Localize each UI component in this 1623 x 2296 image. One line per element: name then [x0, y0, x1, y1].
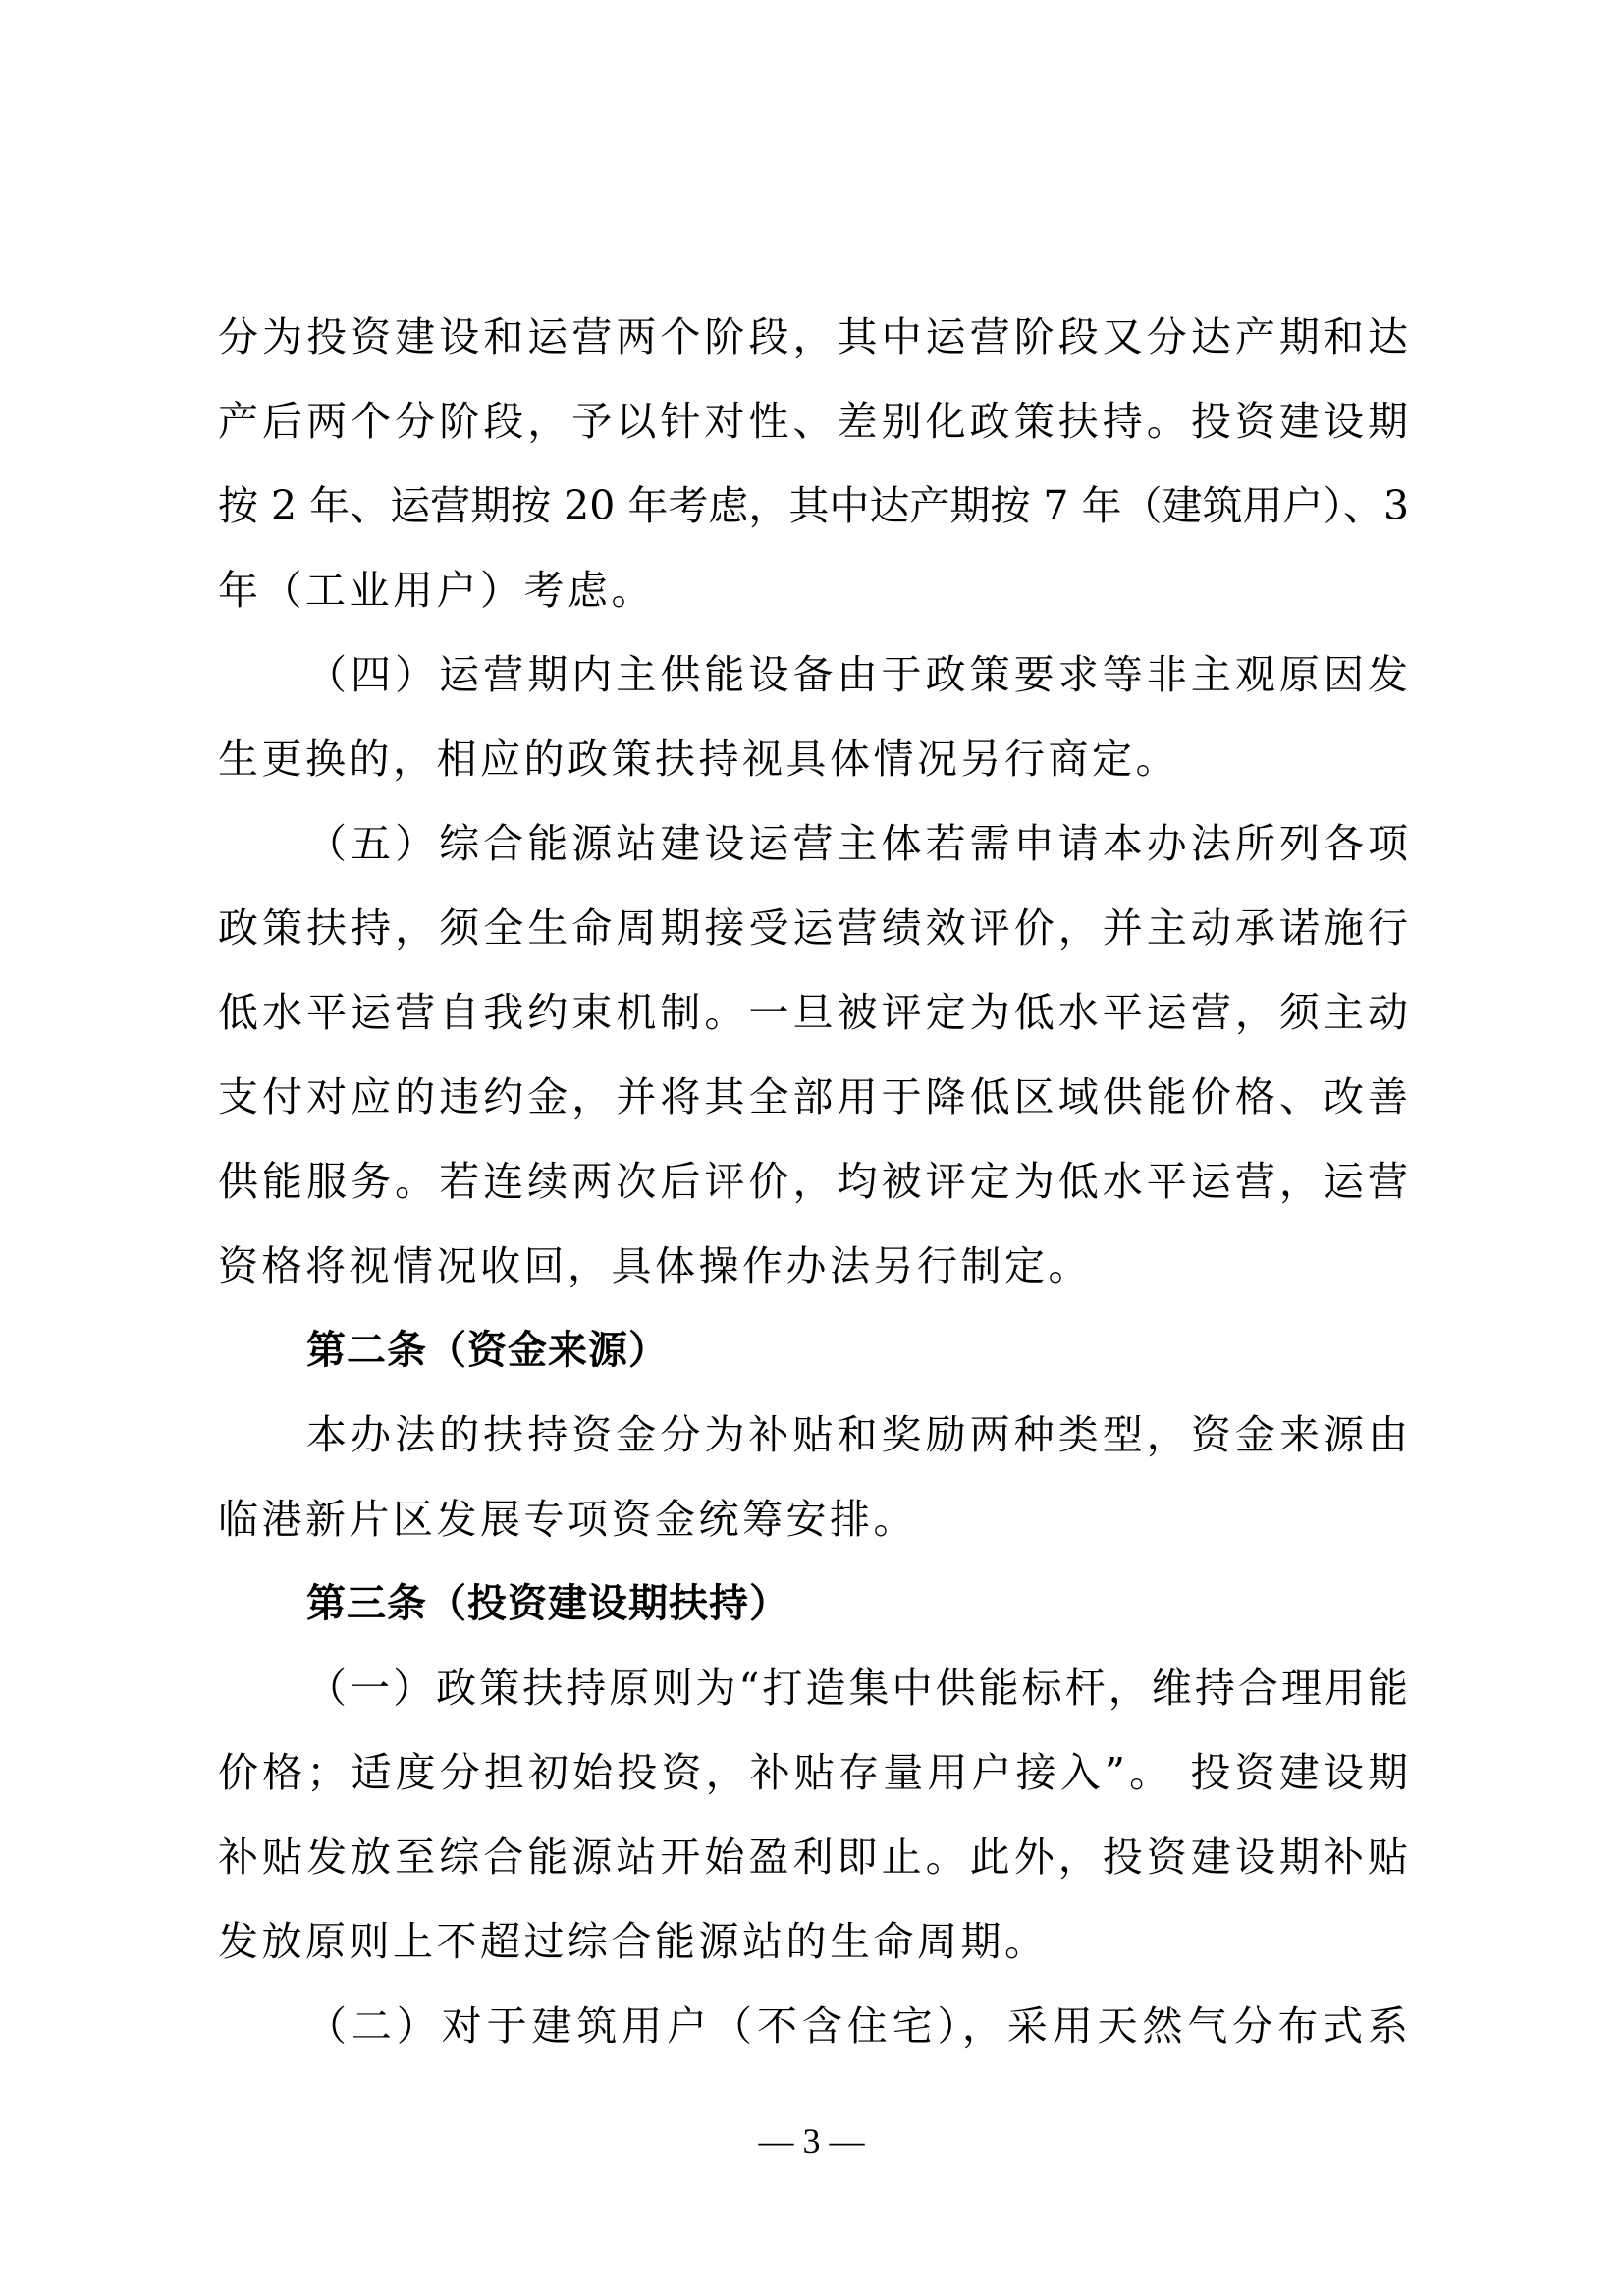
article-heading-3: 第三条（投资建设期扶持） — [218, 1561, 1408, 1646]
text-line: （一）政策扶持原则为“打造集中供能标杆，维持合理用能 — [218, 1646, 1408, 1730]
document-body: 分为投资建设和运营两个阶段，其中运营阶段又分达产期和达 产后两个分阶段，予以针对… — [218, 295, 1408, 2068]
paragraph-clause-1: （一）政策扶持原则为“打造集中供能标杆，维持合理用能 价格；适度分担初始投资，补… — [218, 1646, 1408, 1984]
text-line: 本办法的扶持资金分为补贴和奖励两种类型，资金来源由 — [218, 1393, 1408, 1477]
text-line: 产后两个分阶段，予以针对性、差别化政策扶持。投资建设期 — [218, 379, 1408, 464]
text-line: 供能服务。若连续两次后评价，均被评定为低水平运营，运营 — [218, 1139, 1408, 1224]
text-line: 分为投资建设和运营两个阶段，其中运营阶段又分达产期和达 — [218, 295, 1408, 379]
text-line: 临港新片区发展专项资金统筹安排。 — [218, 1477, 1408, 1561]
text-line: 年（工业用户）考虑。 — [218, 548, 1408, 632]
text-line: 价格；适度分担初始投资，补贴存量用户接入”。 投资建设期 — [218, 1730, 1408, 1815]
paragraph-funding-source: 本办法的扶持资金分为补贴和奖励两种类型，资金来源由 临港新片区发展专项资金统筹安… — [218, 1393, 1408, 1561]
paragraph-clause-4: （四）运营期内主供能设备由于政策要求等非主观原因发 生更换的，相应的政策扶持视具… — [218, 632, 1408, 801]
article-heading-2: 第二条（资金来源） — [218, 1308, 1408, 1393]
paragraph-clause-5: （五）综合能源站建设运营主体若需申请本办法所列各项 政策扶持，须全生命周期接受运… — [218, 801, 1408, 1308]
paragraph-continuation: 分为投资建设和运营两个阶段，其中运营阶段又分达产期和达 产后两个分阶段，予以针对… — [218, 295, 1408, 632]
text-line: （五）综合能源站建设运营主体若需申请本办法所列各项 — [218, 801, 1408, 886]
text-line: 支付对应的违约金，并将其全部用于降低区域供能价格、改善 — [218, 1055, 1408, 1139]
text-line: 补贴发放至综合能源站开始盈利即止。此外，投资建设期补贴 — [218, 1815, 1408, 1899]
text-line: （四）运营期内主供能设备由于政策要求等非主观原因发 — [218, 632, 1408, 717]
page-number: — 3 — — [0, 2111, 1623, 2170]
text-line: 低水平运营自我约束机制。一旦被评定为低水平运营，须主动 — [218, 970, 1408, 1055]
paragraph-clause-2: （二）对于建筑用户（不含住宅），采用天然气分布式系 — [218, 1984, 1408, 2068]
text-line: 资格将视情况收回，具体操作办法另行制定。 — [218, 1224, 1408, 1308]
text-line: 发放原则上不超过综合能源站的生命周期。 — [218, 1899, 1408, 1984]
text-line: 政策扶持，须全生命周期接受运营绩效评价，并主动承诺施行 — [218, 886, 1408, 970]
text-line: 生更换的，相应的政策扶持视具体情况另行商定。 — [218, 717, 1408, 801]
text-line: （二）对于建筑用户（不含住宅），采用天然气分布式系 — [218, 1984, 1408, 2068]
text-line: 按 2 年、运营期按 20 年考虑，其中达产期按 7 年（建筑用户）、3 — [218, 464, 1408, 548]
